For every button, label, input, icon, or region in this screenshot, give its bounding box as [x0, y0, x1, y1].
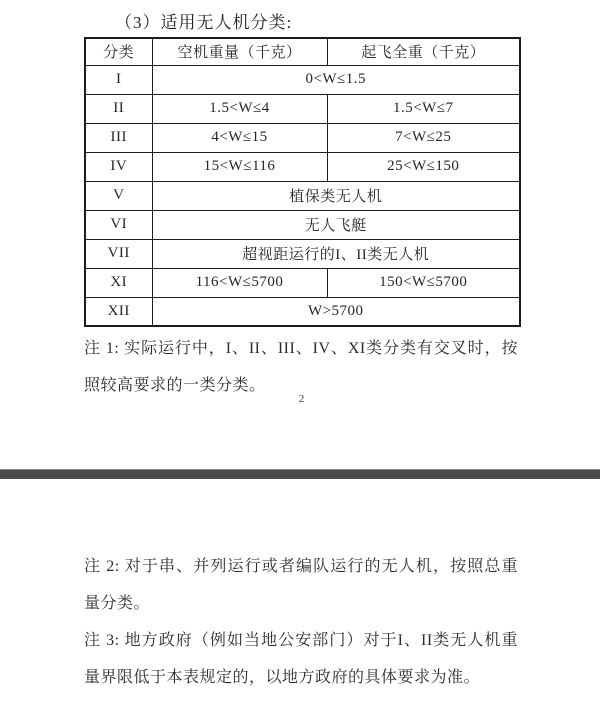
empty-weight-cell: 116<W≤5700	[152, 268, 327, 297]
merged-weight-cell: 植保类无人机	[152, 181, 520, 210]
empty-weight-cell: 4<W≤15	[152, 123, 327, 152]
uav-classification-table: 分类 空机重量（千克） 起飞全重（千克） I 0<W≤1.5 II 1.5<W≤…	[84, 37, 521, 327]
table-row: XI 116<W≤5700 150<W≤5700	[85, 268, 520, 297]
category-cell: IV	[85, 152, 152, 181]
category-cell: V	[85, 181, 152, 210]
note-3: 注 3: 地方政府（例如当地公安部门）对于I、II类无人机重量界限低于本表规定的…	[84, 622, 518, 696]
table-row: II 1.5<W≤4 1.5<W≤7	[85, 94, 520, 123]
takeoff-weight-cell: 1.5<W≤7	[327, 94, 520, 123]
header-empty-weight: 空机重量（千克）	[152, 38, 327, 65]
table-row: VII 超视距运行的I、II类无人机	[85, 239, 520, 268]
table-row: VI 无人飞艇	[85, 210, 520, 239]
category-cell: VI	[85, 210, 152, 239]
table-header-row: 分类 空机重量（千克） 起飞全重（千克）	[85, 38, 520, 65]
category-cell: II	[85, 94, 152, 123]
category-cell: I	[85, 65, 152, 94]
table-row: IV 15<W≤116 25<W≤150	[85, 152, 520, 181]
category-cell: XI	[85, 268, 152, 297]
merged-weight-cell: 无人飞艇	[152, 210, 520, 239]
table-row: XII W>5700	[85, 297, 520, 326]
table-row: V 植保类无人机	[85, 181, 520, 210]
takeoff-weight-cell: 7<W≤25	[327, 123, 520, 152]
category-cell: VII	[85, 239, 152, 268]
empty-weight-cell: 1.5<W≤4	[152, 94, 327, 123]
header-category: 分类	[85, 38, 152, 65]
merged-weight-cell: W>5700	[152, 297, 520, 326]
merged-weight-cell: 0<W≤1.5	[152, 65, 520, 94]
section-heading: （3）适用无人机分类:	[115, 8, 292, 33]
empty-weight-cell: 15<W≤116	[152, 152, 327, 181]
page-break-bar	[0, 469, 600, 479]
header-takeoff-weight: 起飞全重（千克）	[327, 38, 520, 65]
document-page: （3）适用无人机分类: 分类 空机重量（千克） 起飞全重（千克） I 0<W≤1…	[0, 0, 600, 718]
category-cell: XII	[85, 297, 152, 326]
table-row: III 4<W≤15 7<W≤25	[85, 123, 520, 152]
takeoff-weight-cell: 25<W≤150	[327, 152, 520, 181]
table-row: I 0<W≤1.5	[85, 65, 520, 94]
merged-weight-cell: 超视距运行的I、II类无人机	[152, 239, 520, 268]
category-cell: III	[85, 123, 152, 152]
note-2: 注 2: 对于串、并列运行或者编队运行的无人机，按照总重量分类。	[84, 548, 518, 622]
page-number: 2	[84, 393, 519, 405]
takeoff-weight-cell: 150<W≤5700	[327, 268, 520, 297]
